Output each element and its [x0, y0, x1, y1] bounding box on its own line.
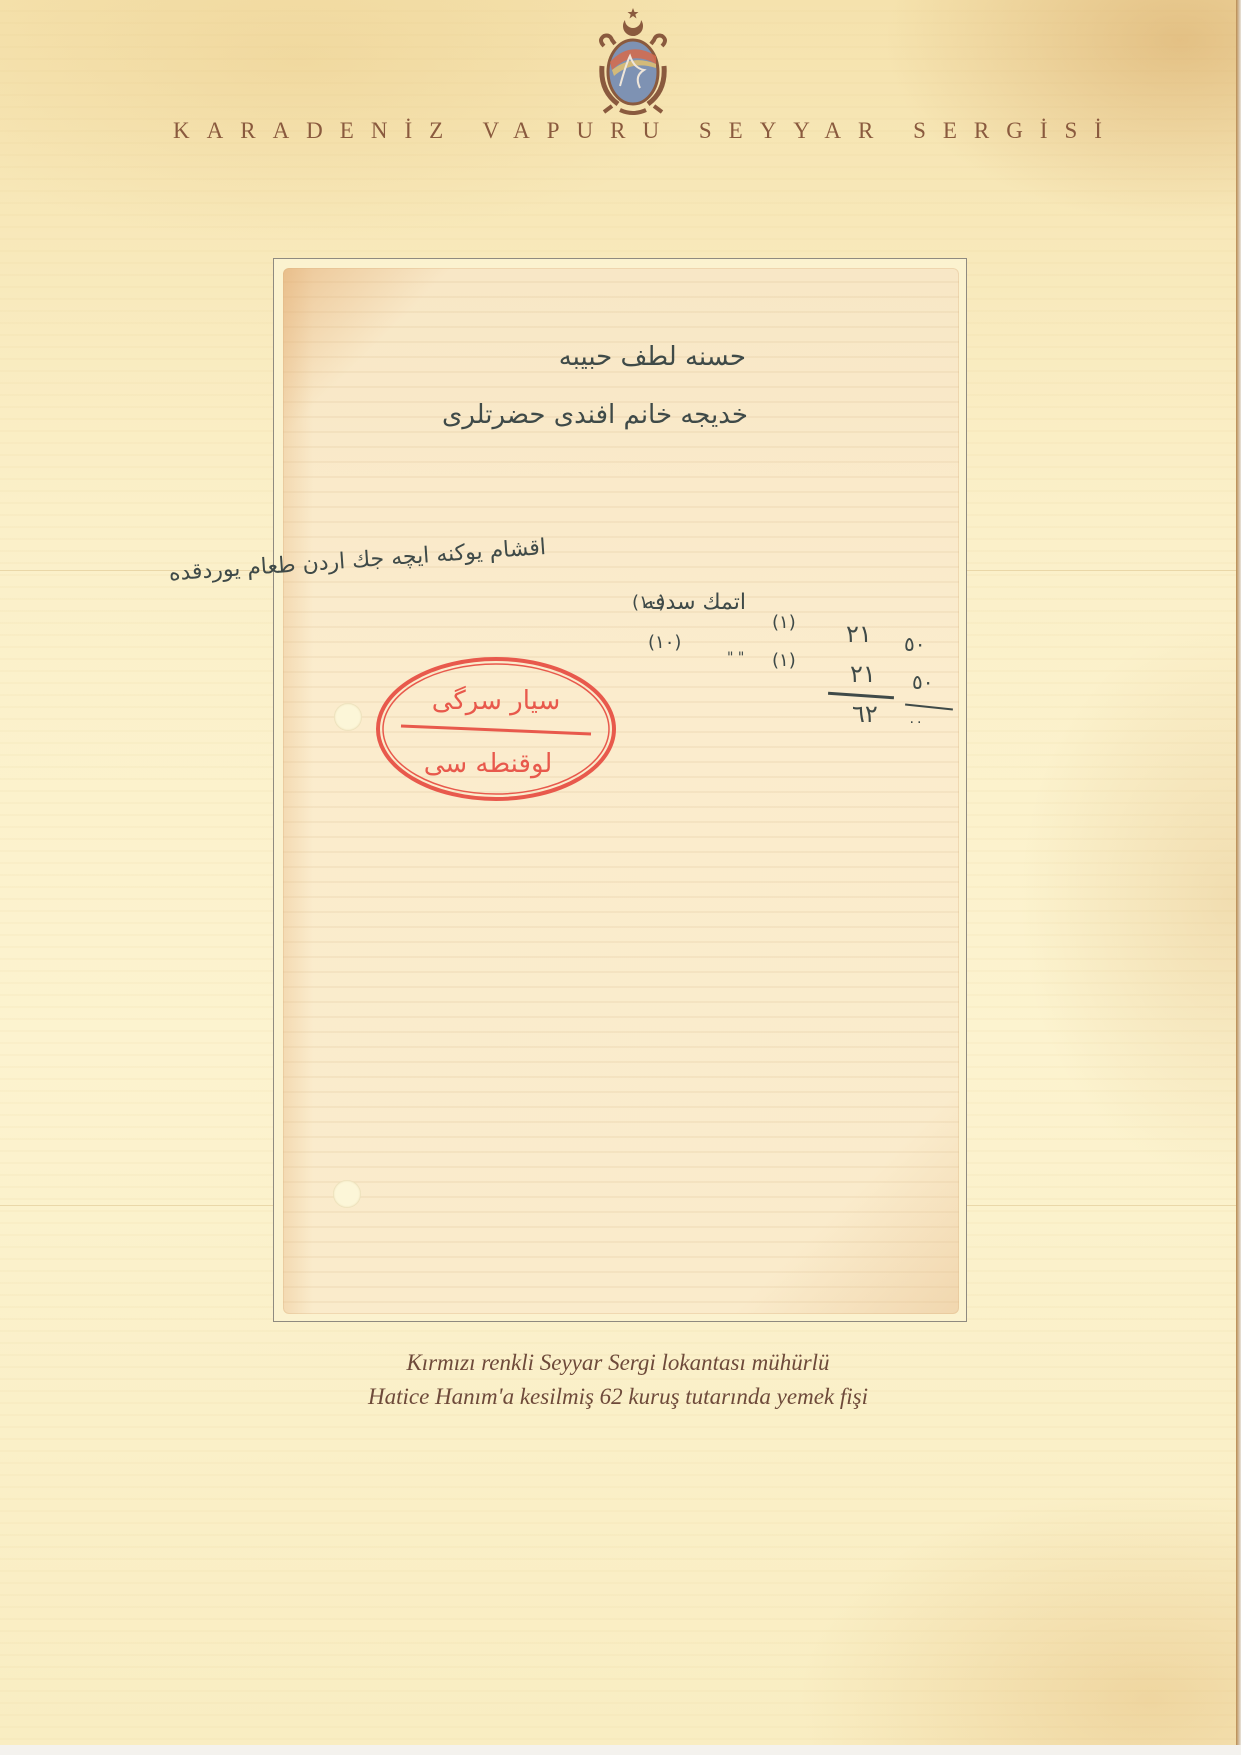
- restaurant-seal-stamp: سیار سرگی لوقنطه سی: [373, 654, 619, 804]
- receipt-addressee-line: خدیجه خانم افندی حضرتلری: [442, 400, 748, 430]
- receipt-item-fraction: ٥٠: [904, 632, 925, 656]
- stamp-top-text: سیار سرگی: [432, 685, 561, 716]
- catalog-page: KARADENİZ VAPURU SEYYAR SERGİSİ حسنه لطف…: [0, 0, 1237, 1745]
- image-caption: Kırmızı renkli Seyyar Sergi lokantası mü…: [0, 1346, 1236, 1414]
- receipt-total-fraction: ٠٠: [908, 714, 923, 730]
- receipt-item-amount: ٢١: [850, 660, 876, 688]
- receipt-item-qty: (١٠): [632, 592, 665, 613]
- receipt-total: ٦٢: [852, 700, 878, 728]
- punch-hole: [333, 1180, 361, 1208]
- receipt-item-text: " ": [727, 650, 744, 666]
- receipt-item-count: (١): [772, 650, 796, 671]
- receipt-item-fraction: ٥٠: [912, 670, 933, 694]
- stamp-bottom-text: لوقنطه سی: [424, 749, 553, 779]
- receipt-addressee-line: حسنه لطف حبیبه: [559, 342, 746, 372]
- scan-margin: [0, 1745, 1241, 1755]
- page-edge: [1236, 0, 1241, 1745]
- receipt-item-count: (١): [772, 612, 796, 633]
- receipt-item-qty: (١٠): [648, 632, 681, 653]
- caption-line: Kırmızı renkli Seyyar Sergi lokantası mü…: [0, 1346, 1236, 1380]
- receipt-item-amount: ٢١: [846, 620, 872, 648]
- anchor-crescent-emblem-icon: [590, 6, 676, 116]
- caption-line: Hatice Hanım'a kesilmiş 62 kuruş tutarın…: [0, 1380, 1236, 1414]
- header-title: KARADENİZ VAPURU SEYYAR SERGİSİ: [0, 118, 1236, 144]
- punch-hole: [334, 703, 362, 731]
